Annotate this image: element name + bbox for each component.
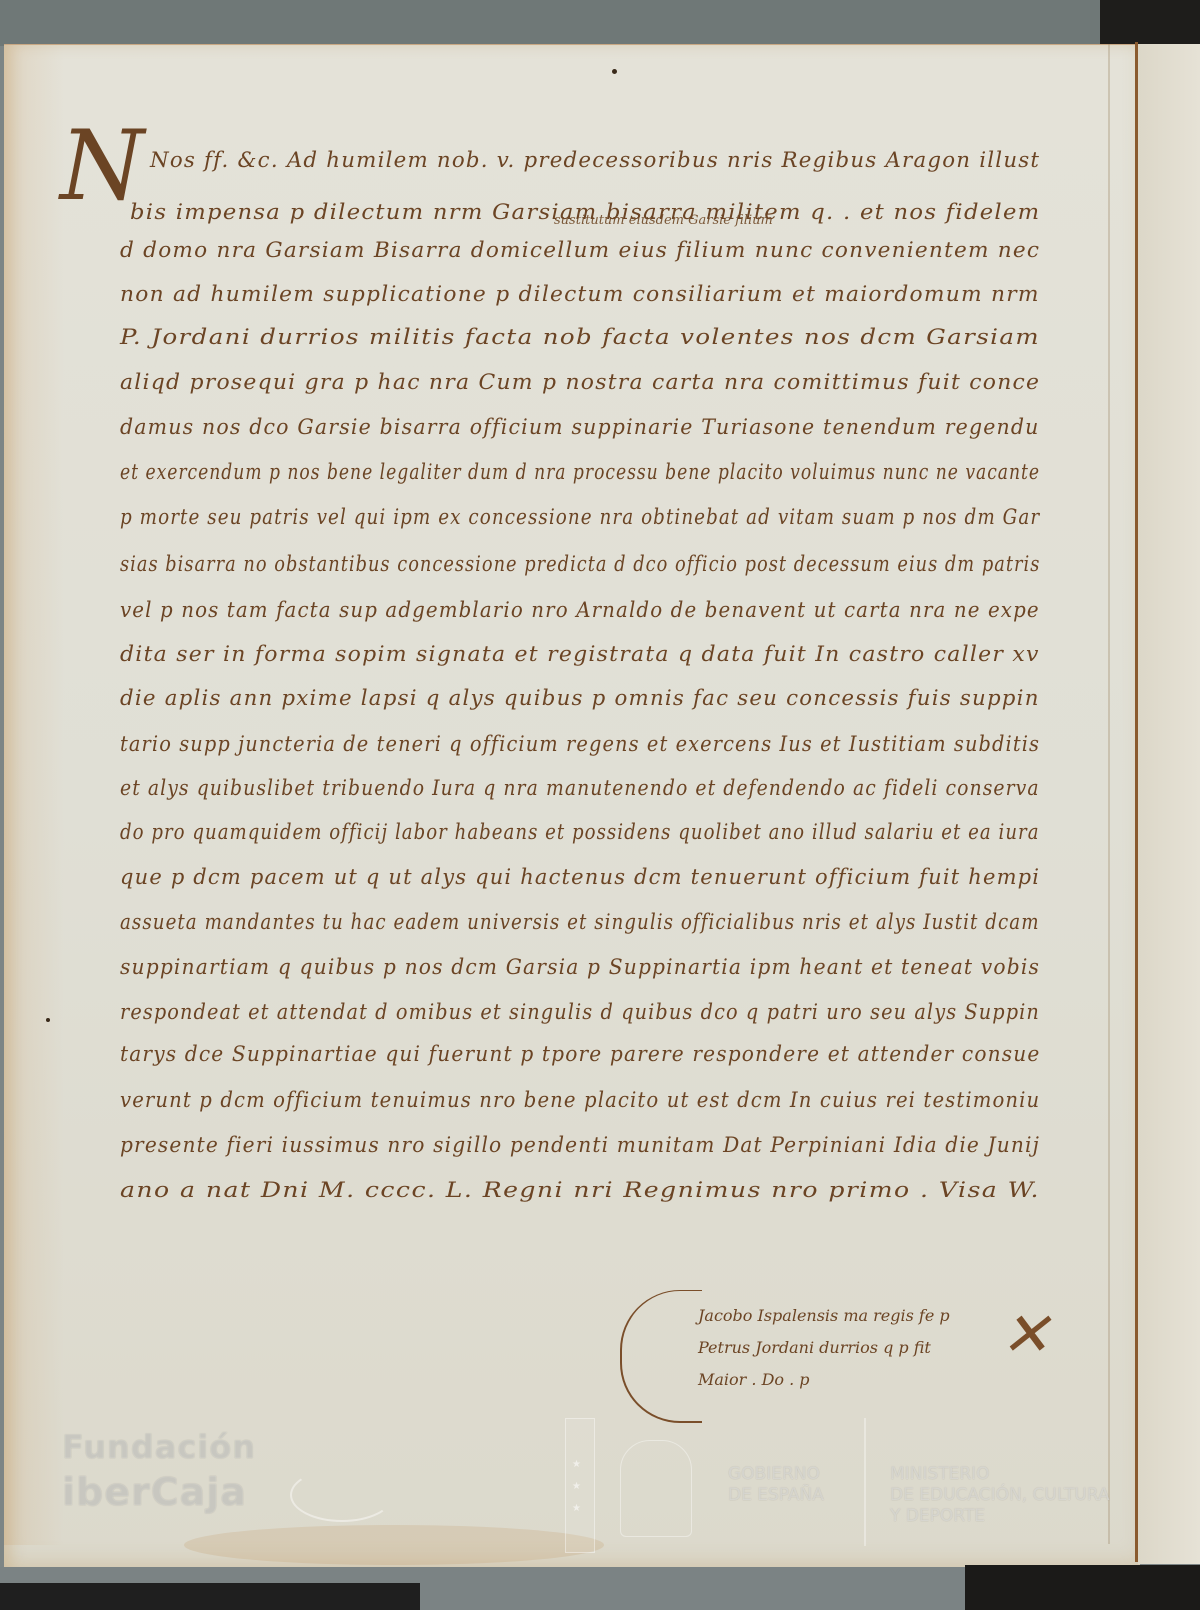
watermark-divider (864, 1418, 866, 1546)
scan-backdrop-top (0, 0, 1200, 46)
text-line: die aplis ann pxime lapsi q alys quibus … (120, 686, 1040, 710)
text-line: do pro quamquidem officij labor habeans … (120, 820, 1040, 844)
ibercaja-watermark: iberCaja (62, 1470, 247, 1514)
government-watermark: GOBIERNO DE ESPAÑA (728, 1464, 824, 1506)
text-line: tarys dce Suppinartiae qui fuerunt p tpo… (120, 1042, 1040, 1066)
subscription-line: Petrus Jordani durrios q p fit (698, 1338, 931, 1357)
text-line: P. Jordani durrios militis facta nob fac… (120, 325, 1040, 349)
ministry-watermark: MINISTERIO DE EDUCACIÓN, CULTURA Y DEPOR… (890, 1464, 1110, 1527)
subscription-line: Maior . Do . p (698, 1370, 810, 1389)
text-line: et exercendum p nos bene legaliter dum d… (120, 460, 1040, 484)
scan-backdrop-bottom-dark (0, 1583, 420, 1610)
text-line: tario supp juncteria de teneri q officiu… (120, 732, 1040, 756)
scan-backdrop-corner (1100, 0, 1200, 46)
text-line: vel p nos tam facta sup adgemblario nro … (120, 598, 1040, 622)
subscription-bracket (620, 1290, 702, 1423)
flourish-mark: ✕ (1000, 1300, 1050, 1370)
spain-flag-icon: ★ ★ ★ (565, 1418, 595, 1553)
fundacion-watermark: Fundación (62, 1428, 256, 1466)
ministry-line: Y DEPORTE (890, 1506, 1110, 1527)
text-line: bis impensa p dilectum nrm Garsiam bisar… (130, 200, 1040, 224)
ink-dot (612, 69, 617, 74)
scan-backdrop-bottom-right (965, 1565, 1200, 1610)
adjacent-leaf (1138, 44, 1200, 1564)
subscription-line: Jacobo Ispalensis ma regis fe p (698, 1306, 950, 1325)
text-line: et alys quibuslibet tribuendo Iura q nra… (120, 776, 1040, 800)
text-line: damus nos dco Garsie bisarra officium su… (120, 415, 1040, 439)
ink-dot (46, 1018, 50, 1022)
government-line: GOBIERNO (728, 1464, 824, 1485)
text-line: dita ser in forma sopim signata et regis… (120, 642, 1040, 666)
subscription-block: Jacobo Ispalensis ma regis fe p Petrus J… (620, 1290, 1080, 1440)
star-icon: ★ (572, 1459, 581, 1470)
coat-of-arms-icon (620, 1440, 692, 1537)
government-line: DE ESPAÑA (728, 1485, 824, 1506)
text-line: que p dcm pacem ut q ut alys qui hactenu… (120, 865, 1040, 889)
star-icon: ★ (572, 1481, 581, 1492)
text-line: assueta mandantes tu hac eadem universis… (120, 910, 1040, 934)
text-line: d domo nra Garsiam Bisarra domicellum ei… (120, 238, 1040, 262)
text-line: respondeat et attendat d omibus et singu… (120, 1000, 1040, 1024)
edge-stain (4, 45, 64, 1545)
text-line: aliqd prosequi gra p hac nra Cum p nostr… (120, 370, 1040, 394)
ibercaja-logo-icon (290, 1468, 394, 1522)
ministry-line: MINISTERIO (890, 1464, 1110, 1485)
foxing-stain (184, 1525, 604, 1565)
text-line: sias bisarra no obstantibus concessione … (120, 552, 1040, 576)
text-line: verunt p dcm officium tenuimus nro bene … (120, 1088, 1040, 1112)
text-line: p morte seu patris vel qui ipm ex conces… (120, 505, 1040, 529)
text-line: Nos ff. &c. Ad humilem nob. v. predecess… (150, 148, 1040, 172)
ministry-line: DE EDUCACIÓN, CULTURA (890, 1485, 1110, 1506)
text-line: non ad humilem supplicatione p dilectum … (120, 282, 1040, 306)
star-icon: ★ (572, 1503, 581, 1514)
text-line: presente fieri iussimus nro sigillo pend… (120, 1133, 1040, 1157)
text-line: suppinartiam q quibus p nos dcm Garsia p… (120, 955, 1040, 979)
leaf-edge (1108, 44, 1110, 1544)
text-line: ano a nat Dni M. cccc. L. Regni nri Regn… (120, 1178, 1040, 1202)
